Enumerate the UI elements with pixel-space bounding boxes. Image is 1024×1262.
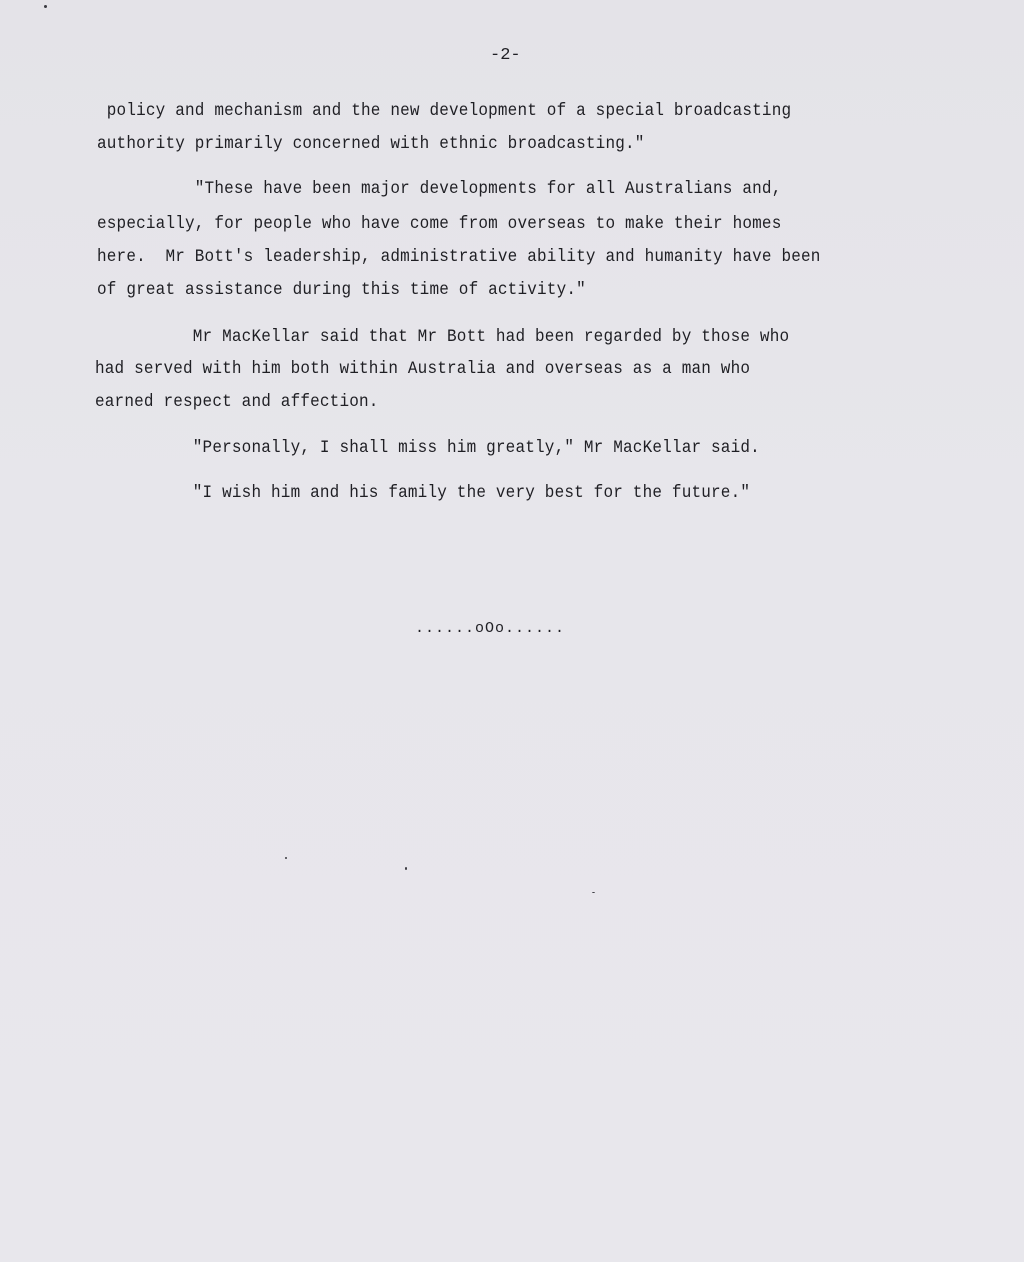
page-number: -2- (490, 46, 521, 65)
paragraph-2-line-1: "These have been major developments for … (97, 180, 781, 199)
paragraph-2-line-3: here. Mr Bott's leadership, administrati… (97, 248, 821, 267)
paragraph-1-line-1: policy and mechanism and the new develop… (97, 102, 791, 121)
document-page: -2- policy and mechanism and the new dev… (0, 0, 1024, 1262)
paper-speck (285, 857, 287, 859)
paragraph-3-line-3: earned respect and affection. (95, 393, 379, 412)
paragraph-1-line-2: authority primarily concerned with ethni… (97, 135, 645, 154)
paragraph-3-line-2: had served with him both within Australi… (95, 360, 750, 379)
paper-speck (592, 892, 595, 893)
paragraph-5-line-1: "I wish him and his family the very best… (95, 484, 750, 503)
paper-speck (44, 5, 47, 8)
paragraph-3-line-1: Mr MacKellar said that Mr Bott had been … (95, 328, 789, 347)
paragraph-4-line-1: "Personally, I shall miss him greatly," … (95, 439, 760, 458)
paragraph-2-line-4: of great assistance during this time of … (97, 281, 586, 300)
end-mark: ......oOo...... (415, 620, 565, 637)
paragraph-2-line-2: especially, for people who have come fro… (97, 215, 781, 234)
paper-speck (405, 867, 407, 870)
